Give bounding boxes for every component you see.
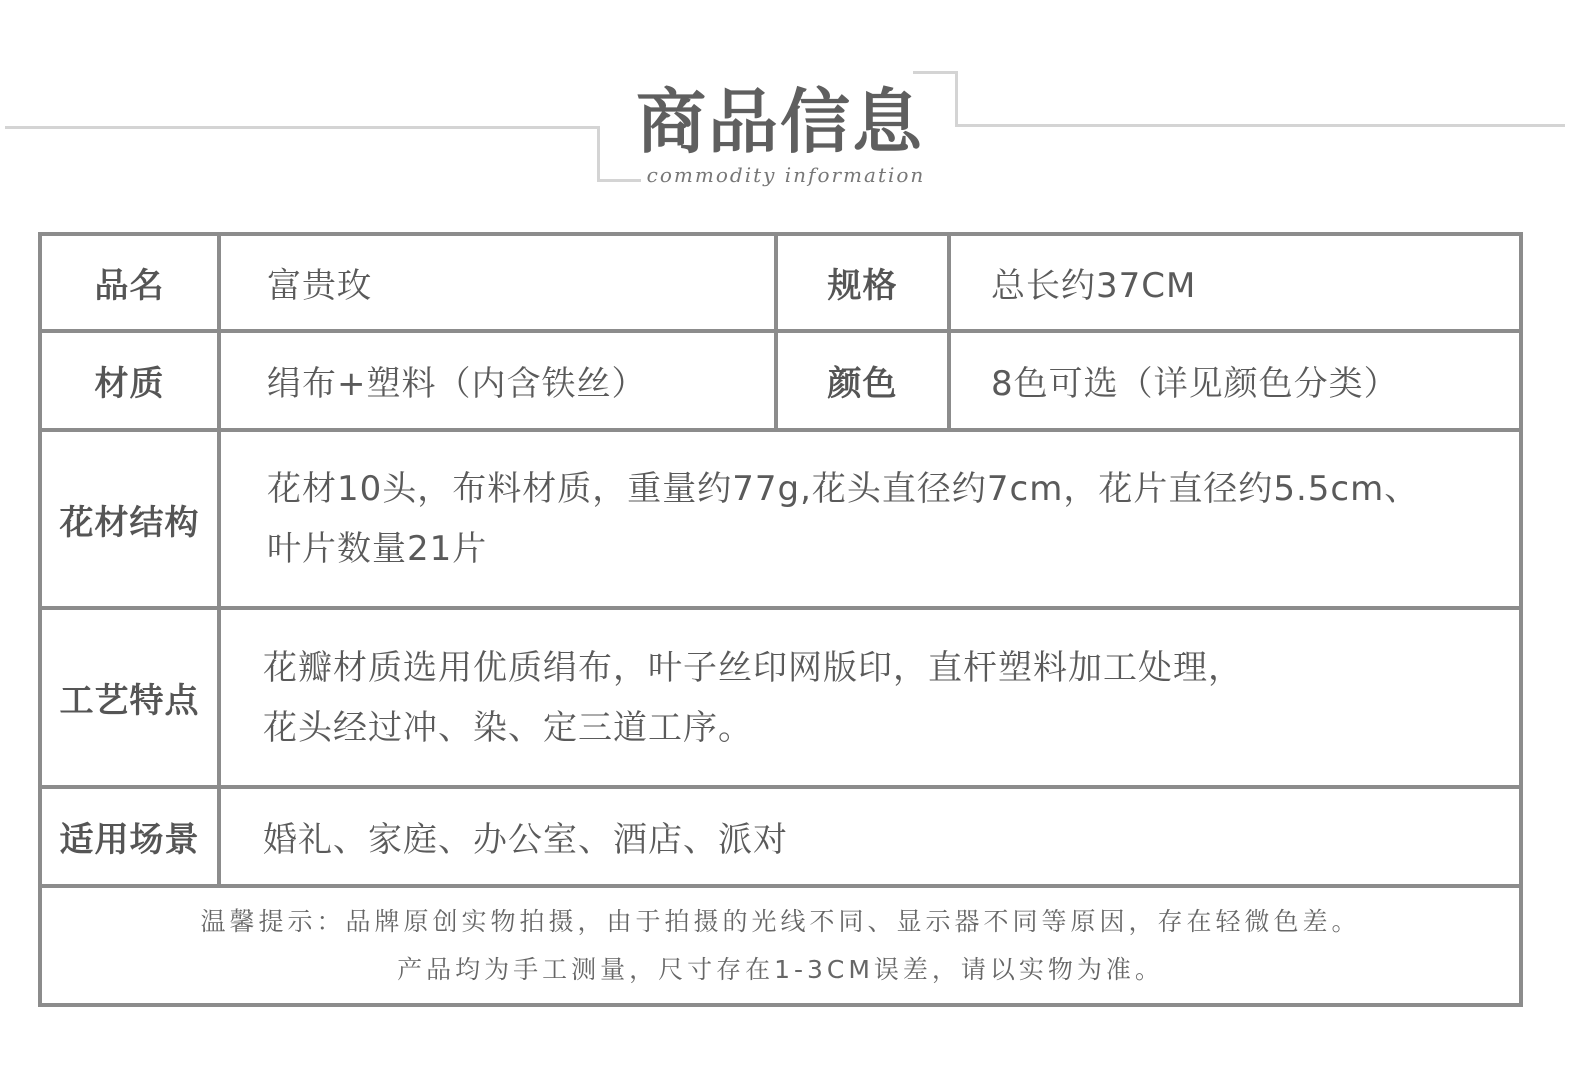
value-spec: 总长约37CM — [951, 236, 1519, 329]
note-line-2: 产品均为手工测量，尺寸存在1-3CM误差，请以实物为准。 — [397, 946, 1164, 994]
structure-line-1: 花材10头，布料材质，重量约77g,花头直径约7cm，花片直径约5.5cm、 — [267, 459, 1419, 519]
label-name: 品名 — [42, 236, 217, 329]
label-spec: 规格 — [778, 236, 947, 329]
craft-line-1: 花瓣材质选用优质绢布，叶子丝印网版印，直杆塑料加工处理， — [263, 638, 1243, 698]
product-info-table: 品名 富贵玫 规格 总长约37CM 材质 绢布+塑料（内含铁丝） 颜色 8色可选… — [38, 232, 1523, 1007]
value-scenario: 婚礼、家庭、办公室、酒店、派对 — [221, 789, 1519, 884]
table-border-bottom — [38, 1003, 1523, 1007]
label-craft: 工艺特点 — [42, 610, 217, 785]
label-scenario: 适用场景 — [42, 789, 217, 884]
page-subtitle: commodity information — [636, 163, 936, 187]
note-line-1: 温馨提示：品牌原创实物拍摄，由于拍摄的光线不同、显示器不同等原因，存在轻微色差。 — [200, 898, 1360, 946]
decor-line-left-tail — [597, 179, 641, 182]
label-color: 颜色 — [778, 333, 947, 428]
decor-line-left — [5, 126, 599, 129]
craft-line-2: 花头经过冲、染、定三道工序。 — [263, 698, 753, 758]
label-material: 材质 — [42, 333, 217, 428]
decor-line-right-head — [913, 71, 957, 74]
structure-line-2: 叶片数量21片 — [267, 519, 487, 579]
table-border-right — [1519, 232, 1523, 1007]
value-color: 8色可选（详见颜色分类） — [951, 333, 1519, 428]
value-name: 富贵玫 — [221, 236, 774, 329]
page-title: 商品信息 — [600, 80, 960, 164]
warm-tip-note: 温馨提示：品牌原创实物拍摄，由于拍摄的光线不同、显示器不同等原因，存在轻微色差。… — [42, 888, 1519, 1003]
decor-line-right — [955, 124, 1565, 127]
label-structure: 花材结构 — [42, 432, 217, 606]
value-structure: 花材10头，布料材质，重量约77g,花头直径约7cm，花片直径约5.5cm、 叶… — [221, 432, 1519, 606]
value-craft: 花瓣材质选用优质绢布，叶子丝印网版印，直杆塑料加工处理， 花头经过冲、染、定三道… — [221, 610, 1519, 785]
value-material: 绢布+塑料（内含铁丝） — [221, 333, 774, 428]
